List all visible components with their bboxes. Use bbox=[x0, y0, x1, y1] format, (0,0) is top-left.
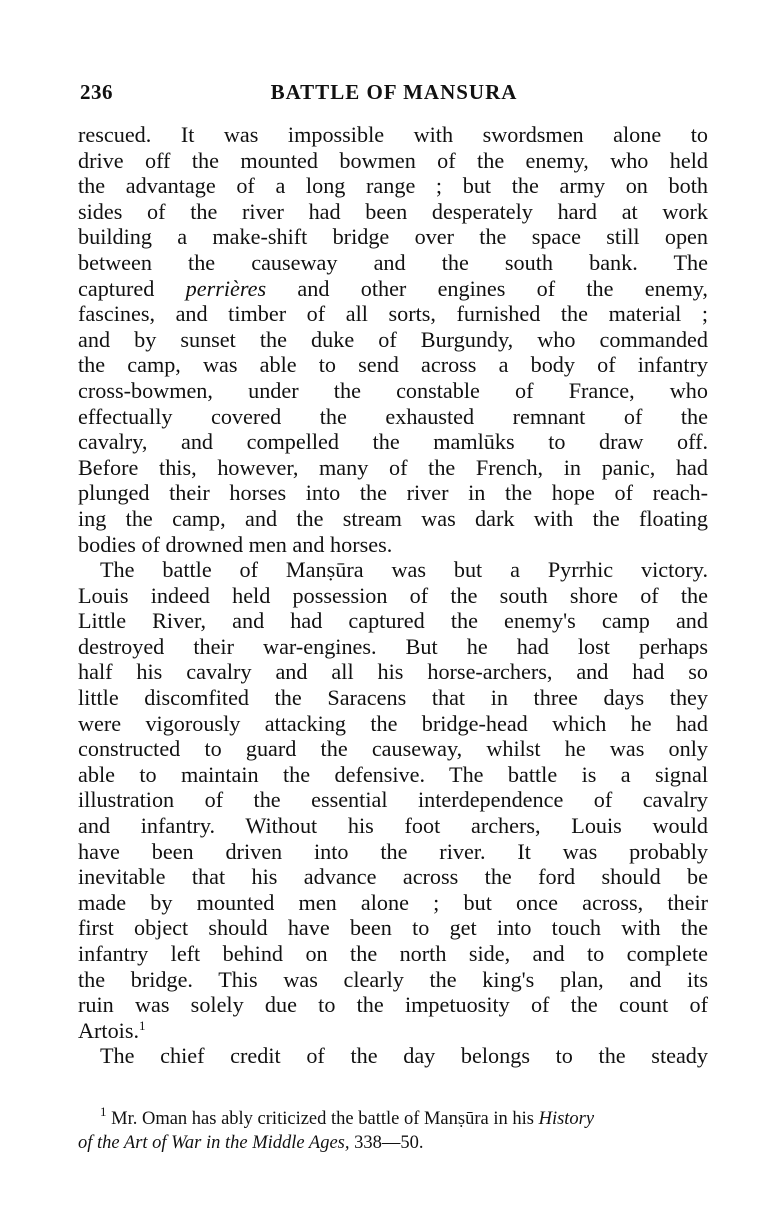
text-line: little discomfited the Saracens that in … bbox=[78, 685, 708, 711]
footnote-book-title-cont: of the Art of War in the Middle Ages, bbox=[78, 1133, 350, 1153]
text-line: ruin was solely due to the impetuosity o… bbox=[78, 992, 708, 1018]
text-line: captured perrières and other engines of … bbox=[78, 276, 708, 302]
text-line: fascines, and timber of all sorts, furni… bbox=[78, 301, 708, 327]
text-line: cross-bowmen, under the constable of Fra… bbox=[78, 378, 708, 404]
text-line: the bridge. This was clearly the king's … bbox=[78, 967, 708, 993]
text-line: half his cavalry and all his horse-arche… bbox=[78, 659, 708, 685]
text-line: Louis indeed held possession of the sout… bbox=[78, 583, 708, 609]
text-line: building a make-shift bridge over the sp… bbox=[78, 224, 708, 250]
text-line: constructed to guard the causeway, whils… bbox=[78, 736, 708, 762]
text-line: drive off the mounted bowmen of the enem… bbox=[78, 148, 708, 174]
footnote-line: of the Art of War in the Middle Ages, 33… bbox=[78, 1131, 708, 1155]
body-text: rescued. It was impossible with swordsme… bbox=[78, 122, 708, 1069]
page-header: 236 BATTLE OF MANSURA bbox=[80, 80, 708, 110]
text-line: destroyed their war-engines. But he had … bbox=[78, 634, 708, 660]
running-title: BATTLE OF MANSURA bbox=[80, 80, 708, 105]
text-line: The battle of Manṣūra was but a Pyrrhic … bbox=[78, 557, 708, 583]
text-line: have been driven into the river. It was … bbox=[78, 839, 708, 865]
footnote-book-title: History bbox=[539, 1109, 595, 1129]
text-line: The chief credit of the day belongs to t… bbox=[78, 1043, 708, 1069]
text-line: able to maintain the defensive. The batt… bbox=[78, 762, 708, 788]
italic-term: perrières bbox=[186, 276, 267, 301]
text-line: made by mounted men alone ; but once acr… bbox=[78, 890, 708, 916]
text-line: the camp, was able to send across a body… bbox=[78, 352, 708, 378]
text-line: first object should have been to get int… bbox=[78, 915, 708, 941]
text-line: between the causeway and the south bank.… bbox=[78, 250, 708, 276]
text-line: Little River, and had captured the enemy… bbox=[78, 608, 708, 634]
text-line: and by sunset the duke of Burgundy, who … bbox=[78, 327, 708, 353]
text-line: cavalry, and compelled the mamlūks to dr… bbox=[78, 429, 708, 455]
text-line: illustration of the essential interdepen… bbox=[78, 787, 708, 813]
text-line: and infantry. Without his foot archers, … bbox=[78, 813, 708, 839]
text-line: Before this, however, many of the French… bbox=[78, 455, 708, 481]
footnote: 1 Mr. Oman has ably criticized the battl… bbox=[78, 1107, 708, 1155]
text-line: sides of the river had been desperately … bbox=[78, 199, 708, 225]
text-line: infantry left behind on the north side, … bbox=[78, 941, 708, 967]
text-line: rescued. It was impossible with swordsme… bbox=[78, 122, 708, 148]
text-line: plunged their horses into the river in t… bbox=[78, 480, 708, 506]
text-line: ing the camp, and the stream was dark wi… bbox=[78, 506, 708, 532]
footnote-line: 1 Mr. Oman has ably criticized the battl… bbox=[78, 1107, 708, 1131]
footnote-reference: 1 bbox=[139, 1018, 146, 1033]
text-line: bodies of drowned men and horses. bbox=[78, 532, 708, 558]
text-line: were vigorously attacking the bridge-hea… bbox=[78, 711, 708, 737]
text-line: effectually covered the exhausted remnan… bbox=[78, 404, 708, 430]
text-line: the advantage of a long range ; but the … bbox=[78, 173, 708, 199]
text-line: inevitable that his advance across the f… bbox=[78, 864, 708, 890]
text-line: Artois.1 bbox=[78, 1018, 708, 1044]
